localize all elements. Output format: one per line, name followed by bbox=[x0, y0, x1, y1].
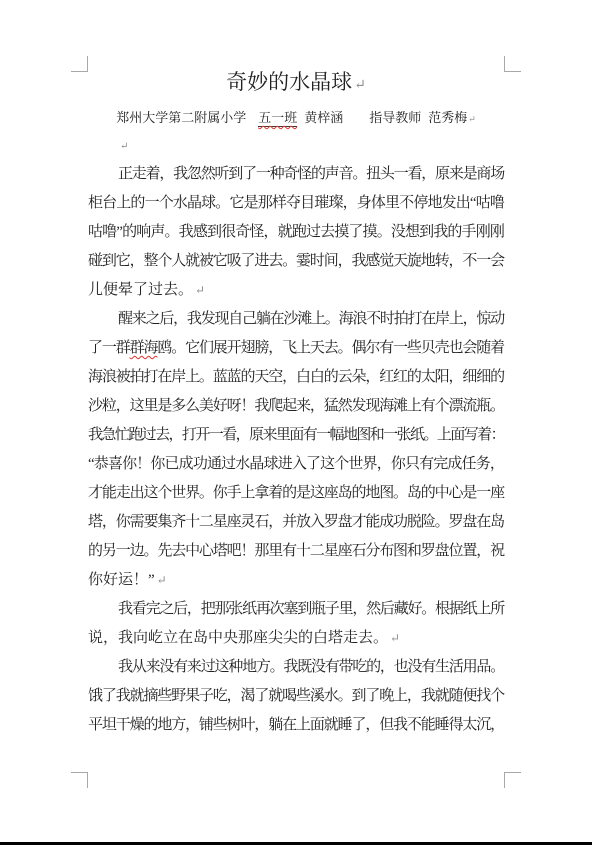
text-line: 柜台上的一个水晶球。它是那样夺目璀璨，身体里不停地发出“咕噜 bbox=[88, 189, 504, 218]
paragraph-mark-icon: ↵ bbox=[195, 283, 205, 297]
paragraph: ↵ bbox=[88, 131, 504, 160]
text-line-content: 我从来没有来过这种地方。我既没有带吃的，也没有生活用品。 bbox=[118, 659, 504, 675]
title-line: 奇妙的水晶球↵ bbox=[88, 64, 504, 104]
paragraph: 我看完之后，把那张纸再次塞到瓶子里，然后藏好。根据纸上所说，我向屹立在岛中央那座… bbox=[88, 595, 504, 653]
text-line: 才能走出这个世界。你手上拿着的是这座岛的地图。岛的中心是一座 bbox=[88, 479, 504, 508]
text-area: 奇妙的水晶球↵ 郑州大学第二附属小学五一班黄梓涵指导教师范秀梅↵ ↵正走着，我忽… bbox=[88, 64, 504, 740]
text-line: 醒来之后，我发现自己躺在沙滩上。海浪不时拍打在岸上，惊动 bbox=[88, 305, 504, 334]
text-line: 我急忙跑过去，打开一看，原来里面有一幅地图和一张纸。上面写着： bbox=[88, 421, 504, 450]
crop-mark-bottom-right-icon bbox=[504, 772, 521, 788]
paragraph-mark-icon: ↵ bbox=[468, 114, 476, 124]
byline-school: 郑州大学第二附属小学 bbox=[116, 110, 246, 125]
paragraph-mark-icon: ↵ bbox=[354, 78, 366, 93]
text-line-content: 儿便晕了过去。 bbox=[88, 282, 193, 298]
text-line-content: 了一群群海鸥。它们展开翅膀，飞上天去。偶尔有一些贝壳也会随着 bbox=[88, 340, 504, 356]
text-line-content: 的另一边。先去中心塔吧！那里有十二星座石分布图和罗盘位置，祝 bbox=[88, 543, 504, 559]
text-line: 咕噜”的响声。我感到很奇怪，就跑过去摸了摸。没想到我的手刚刚 bbox=[88, 218, 504, 247]
page-title: 奇妙的水晶球 bbox=[226, 70, 352, 94]
paragraph: 我从来没有来过这种地方。我既没有带吃的，也没有生活用品。饿了我就摘些野果子吃，渴… bbox=[88, 653, 504, 740]
text-line-content: 饿了我就摘些野果子吃，渴了就喝些溪水。到了晚上，我就随便找个 bbox=[88, 688, 504, 704]
byline-author: 黄梓涵 bbox=[304, 110, 343, 125]
text-line-content: 你好运！” bbox=[88, 572, 155, 588]
spellcheck-squiggle: 五一班 bbox=[258, 110, 297, 125]
text-line: 碰到它，整个人就被它吸了进去。霎时间，我感觉天旋地转，不一会 bbox=[88, 247, 504, 276]
paragraph-mark-icon: ↵ bbox=[390, 631, 400, 645]
text-line-content: 柜台上的一个水晶球。它是那样夺目璀璨，身体里不停地发出“咕噜 bbox=[88, 195, 504, 211]
text-line: ↵ bbox=[88, 131, 504, 160]
paragraph-mark-icon: ↵ bbox=[157, 573, 167, 587]
paragraph: 正走着，我忽然听到了一种奇怪的声音。扭头一看，原来是商场柜台上的一个水晶球。它是… bbox=[88, 160, 504, 305]
document-page: 奇妙的水晶球↵ 郑州大学第二附属小学五一班黄梓涵指导教师范秀梅↵ ↵正走着，我忽… bbox=[0, 0, 592, 845]
crop-mark-top-right-icon bbox=[504, 56, 521, 72]
text-line: 正走着，我忽然听到了一种奇怪的声音。扭头一看，原来是商场 bbox=[88, 160, 504, 189]
text-line-content: “恭喜你！你已成功通过水晶球进入了这个世界，你只有完成任务， bbox=[88, 456, 504, 472]
text-line-content: 正走着，我忽然听到了一种奇怪的声音。扭头一看，原来是商场 bbox=[118, 166, 504, 182]
text-line: 你好运！”↵ bbox=[88, 566, 504, 595]
byline-teacher-name: 范秀梅 bbox=[428, 110, 467, 125]
text-line-content: 碰到它，整个人就被它吸了进去。霎时间，我感觉天旋地转，不一会 bbox=[88, 253, 504, 269]
text-line: 沙粒，这里是多么美好呀！我爬起来，猛然发现海滩上有个漂流瓶。 bbox=[88, 392, 504, 421]
byline: 郑州大学第二附属小学五一班黄梓涵指导教师范秀梅↵ bbox=[88, 106, 504, 131]
document-body: ↵正走着，我忽然听到了一种奇怪的声音。扭头一看，原来是商场柜台上的一个水晶球。它… bbox=[88, 131, 504, 740]
text-line-content: 塔，你需要集齐十二星座灵石，并放入罗盘才能成功脱险。罗盘在岛 bbox=[88, 514, 504, 530]
crop-mark-bottom-left-icon bbox=[71, 772, 88, 788]
text-line-content: 我急忙跑过去，打开一看，原来里面有一幅地图和一张纸。上面写着： bbox=[88, 427, 504, 443]
text-line-content: 咕噜”的响声。我感到很奇怪，就跑过去摸了摸。没想到我的手刚刚 bbox=[88, 224, 504, 240]
text-line: 饿了我就摘些野果子吃，渴了就喝些溪水。到了晚上，我就随便找个 bbox=[88, 682, 504, 711]
text-line: 塔，你需要集齐十二星座灵石，并放入罗盘才能成功脱险。罗盘在岛 bbox=[88, 508, 504, 537]
text-line: 的另一边。先去中心塔吧！那里有十二星座石分布图和罗盘位置，祝 bbox=[88, 537, 504, 566]
crop-mark-top-left-icon bbox=[71, 56, 88, 72]
spellcheck-squiggle: 群海 bbox=[130, 340, 158, 356]
text-line: “恭喜你！你已成功通过水晶球进入了这个世界，你只有完成任务， bbox=[88, 450, 504, 479]
byline-class-underline: 五一班 bbox=[258, 110, 297, 127]
text-line-content: 海浪被拍打在岸上。蓝蓝的天空，白白的云朵，红红的太阳，细细的 bbox=[88, 369, 504, 385]
text-line: 说，我向屹立在岛中央那座尖尖的白塔走去。↵ bbox=[88, 624, 504, 653]
text-line-content: 沙粒，这里是多么美好呀！我爬起来，猛然发现海滩上有个漂流瓶。 bbox=[88, 398, 504, 414]
text-line: 海浪被拍打在岸上。蓝蓝的天空，白白的云朵，红红的太阳，细细的 bbox=[88, 363, 504, 392]
paragraph: 醒来之后，我发现自己躺在沙滩上。海浪不时拍打在岸上，惊动了一群群海鸥。它们展开翅… bbox=[88, 305, 504, 595]
paragraph-mark-icon: ↵ bbox=[120, 141, 128, 152]
byline-teacher-label: 指导教师 bbox=[369, 110, 421, 125]
text-line: 我看完之后，把那张纸再次塞到瓶子里，然后藏好。根据纸上所 bbox=[88, 595, 504, 624]
text-line: 我从来没有来过这种地方。我既没有带吃的，也没有生活用品。 bbox=[88, 653, 504, 682]
text-line: 平坦干燥的地方，铺些树叶，躺在上面就睡了，但我不能睡得太沉， bbox=[88, 711, 504, 740]
text-line: 儿便晕了过去。↵ bbox=[88, 276, 504, 305]
text-line-content: 醒来之后，我发现自己躺在沙滩上。海浪不时拍打在岸上，惊动 bbox=[118, 311, 504, 327]
text-line-content: 才能走出这个世界。你手上拿着的是这座岛的地图。岛的中心是一座 bbox=[88, 485, 504, 501]
text-line-content: 我看完之后，把那张纸再次塞到瓶子里，然后藏好。根据纸上所 bbox=[118, 601, 504, 617]
text-line-content: 说，我向屹立在岛中央那座尖尖的白塔走去。 bbox=[88, 630, 388, 646]
text-line: 了一群群海鸥。它们展开翅膀，飞上天去。偶尔有一些贝壳也会随着 bbox=[88, 334, 504, 363]
text-line-content: 平坦干燥的地方，铺些树叶，躺在上面就睡了，但我不能睡得太沉， bbox=[88, 717, 504, 733]
